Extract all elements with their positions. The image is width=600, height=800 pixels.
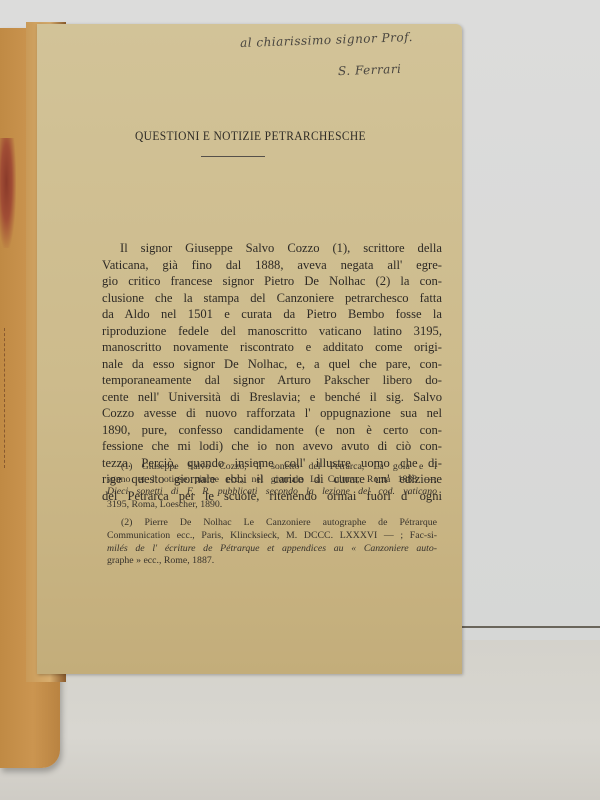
body-line: Il signor Giuseppe Salvo Cozzo (1), scri… (102, 240, 442, 257)
handwritten-signature: S. Ferrari (338, 62, 402, 78)
body-line: clusione che la stampa del Canzoniere pe… (102, 290, 442, 307)
body-line: manoscritto novamente riscontrato e addi… (102, 339, 442, 356)
footnote-line: (1) Giuseppe Salvo Cozzo, Il sonetto del… (107, 461, 437, 474)
shelf-edge (455, 626, 600, 628)
footnote-line: Communication ecc., Paris, Klincksieck, … (107, 530, 437, 543)
body-line: riproduzione fedele del manoscritto vati… (102, 323, 442, 340)
footnote-line: 3195, Roma, Loescher, 1890. (107, 499, 437, 512)
body-line: 1890, pure, confesso candidamente (e non… (102, 422, 442, 439)
footnote-line: sonno et l' otiose piume ecc., nel giorn… (107, 474, 437, 487)
body-line: Vaticana, già fino dal 1888, aveva negat… (102, 257, 442, 274)
footnotes: (1) Giuseppe Salvo Cozzo, Il sonetto del… (107, 461, 437, 574)
footnote-line: graphe » ecc., Rome, 1887. (107, 555, 437, 568)
body-line: temporaneamente dal signor Arturo Paksch… (102, 372, 442, 389)
article-title: QUESTIONI E NOTIZIE PETRARCHESCHE (135, 129, 337, 144)
title-divider (201, 156, 265, 157)
body-line: gio critico francese signor Pietro De No… (102, 273, 442, 290)
body-line: fessione che mi lodi) che io non avevo a… (102, 438, 442, 455)
footnote-line: (2) Pierre De Nolhac Le Canzoniere autog… (107, 517, 437, 530)
body-line: da Aldo nel 1501 e curata da Pietro Bemb… (102, 306, 442, 323)
footnote-line: Dieci sonetti di F. P. pubblicati second… (107, 486, 437, 499)
decorative-flower-print (0, 138, 16, 248)
body-line: nale da esso signor De Nolhac, e, a quel… (102, 356, 442, 373)
footnote-line: milés de l' écriture de Pétrarque et app… (107, 543, 437, 556)
footnote-1: (1) Giuseppe Salvo Cozzo, Il sonetto del… (107, 461, 437, 511)
body-line: Cozzo avesse di nuovo rafforzata l' oppu… (102, 405, 442, 422)
footnote-2: (2) Pierre De Nolhac Le Canzoniere autog… (107, 517, 437, 567)
body-line: cente nell' Università di Breslavia; e b… (102, 389, 442, 406)
